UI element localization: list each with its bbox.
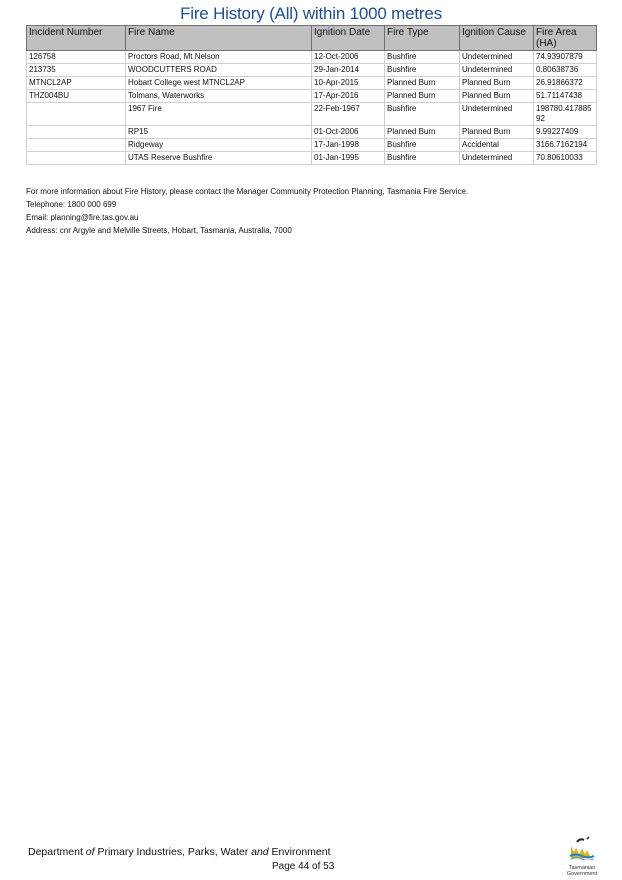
cell-fire-name: WOODCUTTERS ROAD [126,64,312,77]
table-row: UTAS Reserve Bushfire01-Jan-1995Bushfire… [27,152,597,165]
footer-department: Department of Primary Industries, Parks,… [28,846,331,858]
cell-ignition-cause: Undetermined [460,64,534,77]
cell-incident-number [27,139,126,152]
logo-text-2: Government [560,871,604,877]
header-fire-area: Fire Area (HA) [534,26,597,51]
contact-address: Address: cnr Argyle and Melville Streets… [26,224,468,237]
table-row: 213735WOODCUTTERS ROAD29-Jan-2014Bushfir… [27,64,597,77]
contact-telephone: Telephone: 1800 000 699 [26,198,468,211]
cell-fire-type: Bushfire [385,51,460,64]
cell-fire-name: Proctors Road, Mt Nelson [126,51,312,64]
cell-ignition-date: 01-Oct-2006 [312,126,385,139]
header-fire-name: Fire Name [126,26,312,51]
page-number: Page 44 of 53 [272,861,334,872]
cell-ignition-cause: Accidental [460,139,534,152]
cell-fire-area: 0.80638736 [534,64,597,77]
table-row: RP1501-Oct-2006Planned BurnPlanned Burn9… [27,126,597,139]
dept-text: Primary Industries, Parks, Water [95,846,252,858]
cell-fire-name: Ridgeway [126,139,312,152]
fire-history-table: Incident Number Fire Name Ignition Date … [26,25,597,165]
cell-fire-area: 70.80610033 [534,152,597,165]
cell-ignition-cause: Planned Burn [460,90,534,103]
cell-ignition-cause: Undetermined [460,152,534,165]
header-ignition-cause: Ignition Cause [460,26,534,51]
table-row: 1967 Fire22-Feb-1967BushfireUndetermined… [27,103,597,126]
cell-fire-type: Planned Burn [385,90,460,103]
cell-fire-type: Planned Burn [385,126,460,139]
cell-incident-number: 126758 [27,51,126,64]
cell-fire-type: Bushfire [385,103,460,126]
header-ignition-date: Ignition Date [312,26,385,51]
cell-fire-area: 26.91866372 [534,77,597,90]
dept-text: Department [28,846,86,858]
cell-fire-area: 74.93907879 [534,51,597,64]
cell-ignition-date: 10-Apr-2015 [312,77,385,90]
cell-fire-type: Bushfire [385,139,460,152]
dept-text: Environment [269,846,331,858]
cell-ignition-cause: Undetermined [460,103,534,126]
contact-email: Email: planning@fire.tas.gov.au [26,211,468,224]
cell-fire-name: 1967 Fire [126,103,312,126]
cell-fire-area: 198780.41788592 [534,103,597,126]
cell-ignition-date: 22-Feb-1967 [312,103,385,126]
cell-ignition-date: 12-Oct-2006 [312,51,385,64]
cell-ignition-date: 29-Jan-2014 [312,64,385,77]
table-header-row: Incident Number Fire Name Ignition Date … [27,26,597,51]
cell-incident-number: MTNCL2AP [27,77,126,90]
dept-of: of [86,846,95,858]
cell-fire-area: 51.71147438 [534,90,597,103]
cell-fire-name: UTAS Reserve Bushfire [126,152,312,165]
cell-incident-number: THZ004BU [27,90,126,103]
cell-fire-area: 3166.7162194 [534,139,597,152]
cell-fire-name: Hobart College west MTNCL2AP [126,77,312,90]
header-incident-number: Incident Number [27,26,126,51]
table-row: 126758Proctors Road, Mt Nelson12-Oct-200… [27,51,597,64]
header-fire-type: Fire Type [385,26,460,51]
cell-fire-name: Tolmans, Waterworks [126,90,312,103]
cell-ignition-date: 17-Apr-2016 [312,90,385,103]
table-row: Ridgeway17-Jan-1998BushfireAccidental316… [27,139,597,152]
cell-fire-name: RP15 [126,126,312,139]
contact-intro: For more information about Fire History,… [26,185,468,198]
contact-info: For more information about Fire History,… [26,185,468,237]
dept-and: and [251,846,269,858]
cell-fire-type: Bushfire [385,64,460,77]
cell-fire-type: Bushfire [385,152,460,165]
cell-ignition-cause: Planned Burn [460,126,534,139]
page-title: Fire History (All) within 1000 metres [0,4,622,24]
table-row: MTNCL2APHobart College west MTNCL2AP10-A… [27,77,597,90]
cell-ignition-date: 17-Jan-1998 [312,139,385,152]
cell-incident-number [27,126,126,139]
cell-fire-type: Planned Burn [385,77,460,90]
cell-ignition-cause: Planned Burn [460,77,534,90]
tasmanian-government-logo-icon [567,836,597,860]
cell-ignition-cause: Undetermined [460,51,534,64]
tasmanian-government-logo: Tasmanian Government [560,836,604,877]
cell-incident-number: 213735 [27,64,126,77]
cell-fire-area: 9.99227409 [534,126,597,139]
table-row: THZ004BUTolmans, Waterworks17-Apr-2016Pl… [27,90,597,103]
cell-incident-number [27,103,126,126]
cell-incident-number [27,152,126,165]
cell-ignition-date: 01-Jan-1995 [312,152,385,165]
